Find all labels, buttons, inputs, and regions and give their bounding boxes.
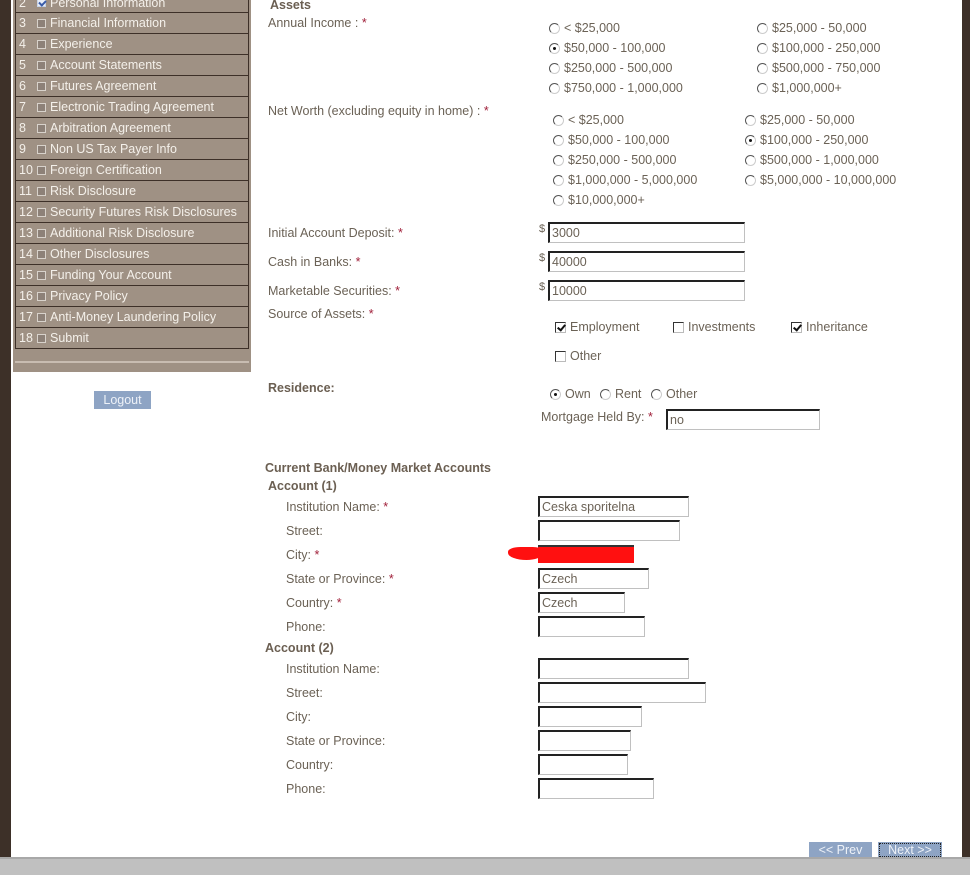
step-pending-icon xyxy=(37,208,46,217)
radio-unselected-icon[interactable] xyxy=(600,389,611,400)
mortgage-held-by-input[interactable] xyxy=(666,409,820,430)
marketable-securities-input[interactable] xyxy=(548,280,745,301)
step-number: 18 xyxy=(19,331,37,345)
step-label: Risk Disclosure xyxy=(50,184,136,198)
required-mark: * xyxy=(484,104,489,118)
sidebar-item-step-8[interactable]: 8Arbitration Agreement xyxy=(15,118,249,139)
residence-option-other[interactable]: Other xyxy=(651,387,697,401)
radio-unselected-icon[interactable] xyxy=(757,63,768,74)
next-button[interactable]: Next >> xyxy=(878,842,942,858)
step-pending-icon xyxy=(37,229,46,238)
window-status-bar xyxy=(0,857,970,875)
residence-section-title: Residence: xyxy=(268,381,335,395)
net-worth-label-text: Net Worth (excluding equity in home) : xyxy=(268,104,480,118)
step-number: 6 xyxy=(19,79,37,93)
option-label: $250,000 - 500,000 xyxy=(564,61,672,75)
step-number: 10 xyxy=(19,163,37,177)
net-worth-option-500-000-1-000-000[interactable]: $500,000 - 1,000,000 xyxy=(745,153,879,167)
account-1-phone-label: Phone: xyxy=(286,620,326,634)
radio-unselected-icon[interactable] xyxy=(745,115,756,126)
step-pending-icon xyxy=(37,292,46,301)
radio-unselected-icon[interactable] xyxy=(553,115,564,126)
annual-income-option-750-000-1-000-000[interactable]: $750,000 - 1,000,000 xyxy=(549,81,683,95)
redaction-mark xyxy=(508,547,542,560)
radio-unselected-icon[interactable] xyxy=(549,63,560,74)
label-text: State or Province: xyxy=(286,572,385,586)
step-label: Privacy Policy xyxy=(50,289,128,303)
checkbox-unchecked-icon[interactable] xyxy=(673,322,684,333)
option-label: Other xyxy=(570,349,601,363)
account-2-state-input[interactable] xyxy=(538,730,631,751)
logout-button[interactable]: Logout xyxy=(94,391,151,409)
option-label: Other xyxy=(666,387,697,401)
step-label: Foreign Certification xyxy=(50,163,162,177)
option-label: $250,000 - 500,000 xyxy=(568,153,676,167)
sidebar-item-step-15[interactable]: 15Funding Your Account xyxy=(15,265,249,286)
net-worth-label: Net Worth (excluding equity in home) : * xyxy=(268,104,489,118)
required-mark: * xyxy=(369,307,374,321)
account-2-street-label: Street: xyxy=(286,686,323,700)
sidebar-item-step-10[interactable]: 10Foreign Certification xyxy=(15,160,249,181)
option-label: Inheritance xyxy=(806,320,868,334)
mortgage-label-text: Mortgage Held By: xyxy=(541,410,645,424)
option-label: $25,000 - 50,000 xyxy=(772,21,867,35)
step-complete-icon xyxy=(37,0,46,7)
option-label: < $25,000 xyxy=(564,21,620,35)
step-number: 11 xyxy=(19,184,37,198)
radio-unselected-icon[interactable] xyxy=(757,23,768,34)
step-number: 15 xyxy=(19,268,37,282)
net-worth-option-10-000-000[interactable]: $10,000,000+ xyxy=(553,193,645,207)
required-mark: * xyxy=(337,596,342,610)
step-label: Electronic Trading Agreement xyxy=(50,100,214,114)
account-1-phone-input[interactable] xyxy=(538,616,645,637)
required-mark: * xyxy=(383,500,388,514)
residence-option-own[interactable]: Own xyxy=(550,387,591,401)
option-label: $25,000 - 50,000 xyxy=(760,113,855,127)
cash-in-banks-label: Cash in Banks: * xyxy=(268,255,360,269)
prev-button[interactable]: << Prev xyxy=(809,842,872,858)
step-label: Non US Tax Payer Info xyxy=(50,142,177,156)
checkbox-checked-icon[interactable] xyxy=(555,322,566,333)
option-label: $500,000 - 1,000,000 xyxy=(760,153,879,167)
account-2-city-label: City: xyxy=(286,710,311,724)
step-navigation: 2Personal Information3Financial Informat… xyxy=(15,0,249,349)
step-label: Experience xyxy=(50,37,113,51)
annual-income-option-250-000-500-000[interactable]: $250,000 - 500,000 xyxy=(549,61,672,75)
step-label: Additional Risk Disclosure xyxy=(50,226,195,240)
radio-unselected-icon[interactable] xyxy=(549,83,560,94)
net-worth-option-25-000[interactable]: < $25,000 xyxy=(553,113,624,127)
net-worth-option-100-000-250-000[interactable]: $100,000 - 250,000 xyxy=(745,133,868,147)
step-number: 7 xyxy=(19,100,37,114)
account-1-state-label: State or Province: * xyxy=(286,572,394,586)
account-1-institution-label: Institution Name: * xyxy=(286,500,388,514)
account-1-country-label: Country: * xyxy=(286,596,342,610)
required-mark: * xyxy=(314,548,319,562)
sidebar-item-step-5[interactable]: 5Account Statements xyxy=(15,55,249,76)
step-number: 4 xyxy=(19,37,37,51)
step-number: 5 xyxy=(19,58,37,72)
required-mark: * xyxy=(389,572,394,586)
annual-income-label: Annual Income : * xyxy=(268,16,367,30)
initial-deposit-label-text: Initial Account Deposit: xyxy=(268,226,394,240)
annual-income-option-25-000[interactable]: < $25,000 xyxy=(549,21,620,35)
step-number: 16 xyxy=(19,289,37,303)
currency-symbol: $ xyxy=(539,223,545,235)
required-mark: * xyxy=(395,284,400,298)
radio-unselected-icon[interactable] xyxy=(553,195,564,206)
sidebar-item-step-18[interactable]: 18Submit xyxy=(15,328,249,349)
checkbox-checked-icon[interactable] xyxy=(791,322,802,333)
radio-unselected-icon[interactable] xyxy=(745,155,756,166)
sidebar: 2Personal Information3Financial Informat… xyxy=(13,0,251,372)
step-label: Account Statements xyxy=(50,58,162,72)
account-1-institution-input[interactable] xyxy=(538,496,689,517)
account-2-phone-label: Phone: xyxy=(286,782,326,796)
option-label: $50,000 - 100,000 xyxy=(564,41,665,55)
net-worth-option-25-000-50-000[interactable]: $25,000 - 50,000 xyxy=(745,113,855,127)
sidebar-item-step-6[interactable]: 6Futures Agreement xyxy=(15,76,249,97)
step-pending-icon xyxy=(37,271,46,280)
marketable-securities-label: Marketable Securities: * xyxy=(268,284,400,298)
step-label: Security Futures Risk Disclosures xyxy=(50,205,237,219)
annual-income-option-500-000-750-000[interactable]: $500,000 - 750,000 xyxy=(757,61,880,75)
option-label: $10,000,000+ xyxy=(568,193,645,207)
step-number: 14 xyxy=(19,247,37,261)
account-2-state-label: State or Province: xyxy=(286,734,385,748)
net-worth-option-1-000-000-5-000-000[interactable]: $1,000,000 - 5,000,000 xyxy=(553,173,697,187)
step-label: Personal Information xyxy=(50,0,165,10)
account-2-country-input[interactable] xyxy=(538,754,628,775)
step-label: Funding Your Account xyxy=(50,268,172,282)
sidebar-item-step-4[interactable]: 4Experience xyxy=(15,34,249,55)
account-2-institution-input[interactable] xyxy=(538,658,689,679)
step-pending-icon xyxy=(37,124,46,133)
account-2-city-input[interactable] xyxy=(538,706,642,727)
account-1-street-label: Street: xyxy=(286,524,323,538)
option-label: $50,000 - 100,000 xyxy=(568,133,669,147)
required-mark: * xyxy=(398,226,403,240)
sidebar-item-step-3[interactable]: 3Financial Information xyxy=(15,13,249,34)
account-1-state-input[interactable] xyxy=(538,568,649,589)
option-label: Investments xyxy=(688,320,755,334)
required-mark: * xyxy=(648,410,653,424)
account-1-title: Account (1) xyxy=(268,479,337,493)
source-of-assets-other-checkbox[interactable]: Other xyxy=(555,349,601,363)
net-worth-option-50-000-100-000[interactable]: $50,000 - 100,000 xyxy=(553,133,669,147)
marketable-securities-label-text: Marketable Securities: xyxy=(268,284,392,298)
sidebar-item-step-13[interactable]: 13Additional Risk Disclosure xyxy=(15,223,249,244)
radio-unselected-icon[interactable] xyxy=(651,389,662,400)
radio-unselected-icon[interactable] xyxy=(757,83,768,94)
option-label: < $25,000 xyxy=(568,113,624,127)
right-frame-border xyxy=(962,0,970,857)
radio-selected-icon[interactable] xyxy=(550,389,561,400)
label-text: Institution Name: xyxy=(286,500,380,514)
account-2-institution-label: Institution Name: xyxy=(286,662,380,676)
annual-income-option-50-000-100-000[interactable]: $50,000 - 100,000 xyxy=(549,41,665,55)
account-2-phone-input[interactable] xyxy=(538,778,654,799)
account-1-city-input-redacted[interactable] xyxy=(538,545,634,563)
sidebar-item-step-14[interactable]: 14Other Disclosures xyxy=(15,244,249,265)
step-number: 8 xyxy=(19,121,37,135)
radio-unselected-icon[interactable] xyxy=(553,135,564,146)
radio-unselected-icon[interactable] xyxy=(745,175,756,186)
source-of-assets-label: Source of Assets: * xyxy=(268,307,374,321)
option-label: $100,000 - 250,000 xyxy=(760,133,868,147)
step-pending-icon xyxy=(37,334,46,343)
step-number: 3 xyxy=(19,16,37,30)
annual-income-option-100-000-250-000[interactable]: $100,000 - 250,000 xyxy=(757,41,880,55)
option-label: Employment xyxy=(570,320,639,334)
annual-income-label-text: Annual Income : xyxy=(268,16,358,30)
account-2-title: Account (2) xyxy=(265,641,334,655)
account-1-street-input[interactable] xyxy=(538,520,680,541)
account-1-city-label: City: * xyxy=(286,548,319,562)
sidebar-item-step-16[interactable]: 16Privacy Policy xyxy=(15,286,249,307)
radio-unselected-icon[interactable] xyxy=(549,23,560,34)
option-label: Own xyxy=(565,387,591,401)
annual-income-option-1-000-000[interactable]: $1,000,000+ xyxy=(757,81,842,95)
step-label: Anti-Money Laundering Policy xyxy=(50,310,216,324)
sidebar-item-step-11[interactable]: 11Risk Disclosure xyxy=(15,181,249,202)
step-number: 17 xyxy=(19,310,37,324)
option-label: $100,000 - 250,000 xyxy=(772,41,880,55)
step-number: 13 xyxy=(19,226,37,240)
radio-unselected-icon[interactable] xyxy=(757,43,768,54)
step-pending-icon xyxy=(37,187,46,196)
annual-income-option-25-000-50-000[interactable]: $25,000 - 50,000 xyxy=(757,21,867,35)
cash-in-banks-input[interactable] xyxy=(548,251,745,272)
bank-accounts-section-title: Current Bank/Money Market Accounts xyxy=(265,461,491,475)
sidebar-item-step-12[interactable]: 12Security Futures Risk Disclosures xyxy=(15,202,249,223)
cash-in-banks-label-text: Cash in Banks: xyxy=(268,255,352,269)
step-number: 9 xyxy=(19,142,37,156)
radio-unselected-icon[interactable] xyxy=(553,155,564,166)
initial-deposit-input[interactable] xyxy=(548,222,745,243)
label-text: City: xyxy=(286,548,311,562)
step-pending-icon xyxy=(37,145,46,154)
step-number: 2 xyxy=(19,0,37,10)
option-label: Rent xyxy=(615,387,641,401)
option-label: $750,000 - 1,000,000 xyxy=(564,81,683,95)
step-pending-icon xyxy=(37,166,46,175)
currency-symbol: $ xyxy=(539,252,545,264)
source-of-assets-investments-checkbox[interactable]: Investments xyxy=(673,320,755,334)
residence-option-rent[interactable]: Rent xyxy=(600,387,641,401)
radio-unselected-icon[interactable] xyxy=(553,175,564,186)
initial-deposit-label: Initial Account Deposit: * xyxy=(268,226,403,240)
account-1-country-input[interactable] xyxy=(538,592,625,613)
sidebar-item-step-17[interactable]: 17Anti-Money Laundering Policy xyxy=(15,307,249,328)
account-2-street-input[interactable] xyxy=(538,682,706,703)
option-label: $5,000,000 - 10,000,000 xyxy=(760,173,896,187)
step-label: Submit xyxy=(50,331,89,345)
sidebar-divider xyxy=(15,361,249,363)
step-label: Other Disclosures xyxy=(50,247,149,261)
sidebar-item-step-7[interactable]: 7Electronic Trading Agreement xyxy=(15,97,249,118)
step-pending-icon xyxy=(37,250,46,259)
required-mark: * xyxy=(356,255,361,269)
required-mark: * xyxy=(362,16,367,30)
step-label: Financial Information xyxy=(50,16,166,30)
net-worth-option-250-000-500-000[interactable]: $250,000 - 500,000 xyxy=(553,153,676,167)
left-frame-border xyxy=(0,0,11,857)
step-label: Arbitration Agreement xyxy=(50,121,171,135)
net-worth-option-5-000-000-10-000-000[interactable]: $5,000,000 - 10,000,000 xyxy=(745,173,896,187)
account-2-country-label: Country: xyxy=(286,758,333,772)
radio-selected-icon[interactable] xyxy=(745,135,756,146)
step-pending-icon xyxy=(37,313,46,322)
sidebar-item-step-9[interactable]: 9Non US Tax Payer Info xyxy=(15,139,249,160)
assets-section-title: Assets xyxy=(270,0,311,12)
label-text: Country: xyxy=(286,596,333,610)
option-label: $1,000,000+ xyxy=(772,81,842,95)
step-number: 12 xyxy=(19,205,37,219)
step-pending-icon xyxy=(37,61,46,70)
mortgage-held-by-label: Mortgage Held By: * xyxy=(541,410,653,424)
step-pending-icon xyxy=(37,82,46,91)
source-of-assets-inheritance-checkbox[interactable]: Inheritance xyxy=(791,320,868,334)
source-of-assets-employment-checkbox[interactable]: Employment xyxy=(555,320,639,334)
step-pending-icon xyxy=(37,40,46,49)
source-of-assets-label-text: Source of Assets: xyxy=(268,307,365,321)
sidebar-item-step-2[interactable]: 2Personal Information xyxy=(15,0,249,13)
step-label: Futures Agreement xyxy=(50,79,156,93)
option-label: $500,000 - 750,000 xyxy=(772,61,880,75)
radio-selected-icon[interactable] xyxy=(549,43,560,54)
step-pending-icon xyxy=(37,103,46,112)
checkbox-unchecked-icon[interactable] xyxy=(555,351,566,362)
option-label: $1,000,000 - 5,000,000 xyxy=(568,173,697,187)
step-pending-icon xyxy=(37,19,46,28)
currency-symbol: $ xyxy=(539,281,545,293)
